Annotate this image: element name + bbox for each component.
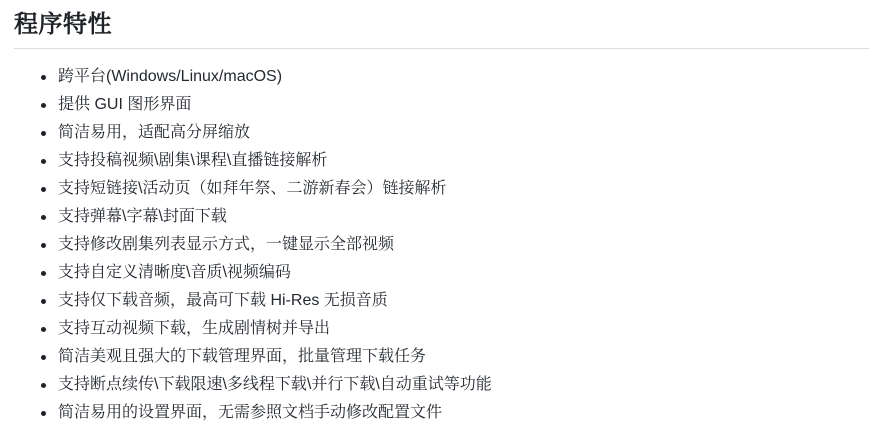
feature-text: 提供 GUI 图形界面 bbox=[58, 93, 191, 117]
bullet-icon bbox=[41, 411, 46, 416]
feature-list-item: 支持修改剧集列表显示方式，一键显示全部视频 bbox=[41, 233, 869, 257]
feature-list-item: 支持短链接\活动页（如拜年祭、二游新春会）链接解析 bbox=[41, 177, 869, 201]
feature-list-item: 支持断点续传\下载限速\多线程下载\并行下载\自动重试等功能 bbox=[41, 373, 869, 397]
feature-list-item: 跨平台(Windows/Linux/macOS) bbox=[41, 65, 869, 89]
feature-list-item: 支持仅下载音频，最高可下载 Hi-Res 无损音质 bbox=[41, 289, 869, 313]
feature-list-item: 支持弹幕\字幕\封面下载 bbox=[41, 205, 869, 229]
feature-list-item: 简洁易用，适配高分屏缩放 bbox=[41, 121, 869, 145]
bullet-icon bbox=[41, 243, 46, 248]
feature-text: 支持断点续传\下载限速\多线程下载\并行下载\自动重试等功能 bbox=[58, 373, 492, 397]
bullet-icon bbox=[41, 131, 46, 136]
feature-text: 简洁美观且强大的下载管理界面，批量管理下载任务 bbox=[58, 345, 426, 369]
bullet-icon bbox=[41, 299, 46, 304]
feature-text: 支持自定义清晰度\音质\视频编码 bbox=[58, 261, 291, 285]
bullet-icon bbox=[41, 187, 46, 192]
bullet-icon bbox=[41, 355, 46, 360]
bullet-icon bbox=[41, 327, 46, 332]
feature-text: 简洁易用的设置界面，无需参照文档手动修改配置文件 bbox=[58, 401, 442, 425]
feature-text: 支持仅下载音频，最高可下载 Hi-Res 无损音质 bbox=[58, 289, 388, 313]
bullet-icon bbox=[41, 271, 46, 276]
feature-list-item: 简洁美观且强大的下载管理界面，批量管理下载任务 bbox=[41, 345, 869, 369]
feature-list-item: 支持投稿视频\剧集\课程\直播链接解析 bbox=[41, 149, 869, 173]
feature-list-item: 简洁易用的设置界面，无需参照文档手动修改配置文件 bbox=[41, 401, 869, 425]
feature-text: 支持互动视频下载，生成剧情树并导出 bbox=[58, 317, 330, 341]
feature-text: 支持修改剧集列表显示方式，一键显示全部视频 bbox=[58, 233, 394, 257]
feature-text: 支持投稿视频\剧集\课程\直播链接解析 bbox=[58, 149, 327, 173]
feature-text: 简洁易用，适配高分屏缩放 bbox=[58, 121, 250, 145]
section-heading: 程序特性 bbox=[14, 10, 869, 49]
feature-list: 跨平台(Windows/Linux/macOS) 提供 GUI 图形界面 简洁易… bbox=[14, 65, 869, 425]
bullet-icon bbox=[41, 103, 46, 108]
bullet-icon bbox=[41, 383, 46, 388]
bullet-icon bbox=[41, 159, 46, 164]
feature-list-item: 支持自定义清晰度\音质\视频编码 bbox=[41, 261, 869, 285]
feature-text: 支持弹幕\字幕\封面下载 bbox=[58, 205, 227, 229]
document-body: 程序特性 跨平台(Windows/Linux/macOS) 提供 GUI 图形界… bbox=[0, 0, 883, 425]
bullet-icon bbox=[41, 215, 46, 220]
feature-text: 支持短链接\活动页（如拜年祭、二游新春会）链接解析 bbox=[58, 177, 446, 201]
bullet-icon bbox=[41, 75, 46, 80]
feature-list-item: 提供 GUI 图形界面 bbox=[41, 93, 869, 117]
feature-text: 跨平台(Windows/Linux/macOS) bbox=[58, 65, 282, 89]
feature-list-item: 支持互动视频下载，生成剧情树并导出 bbox=[41, 317, 869, 341]
